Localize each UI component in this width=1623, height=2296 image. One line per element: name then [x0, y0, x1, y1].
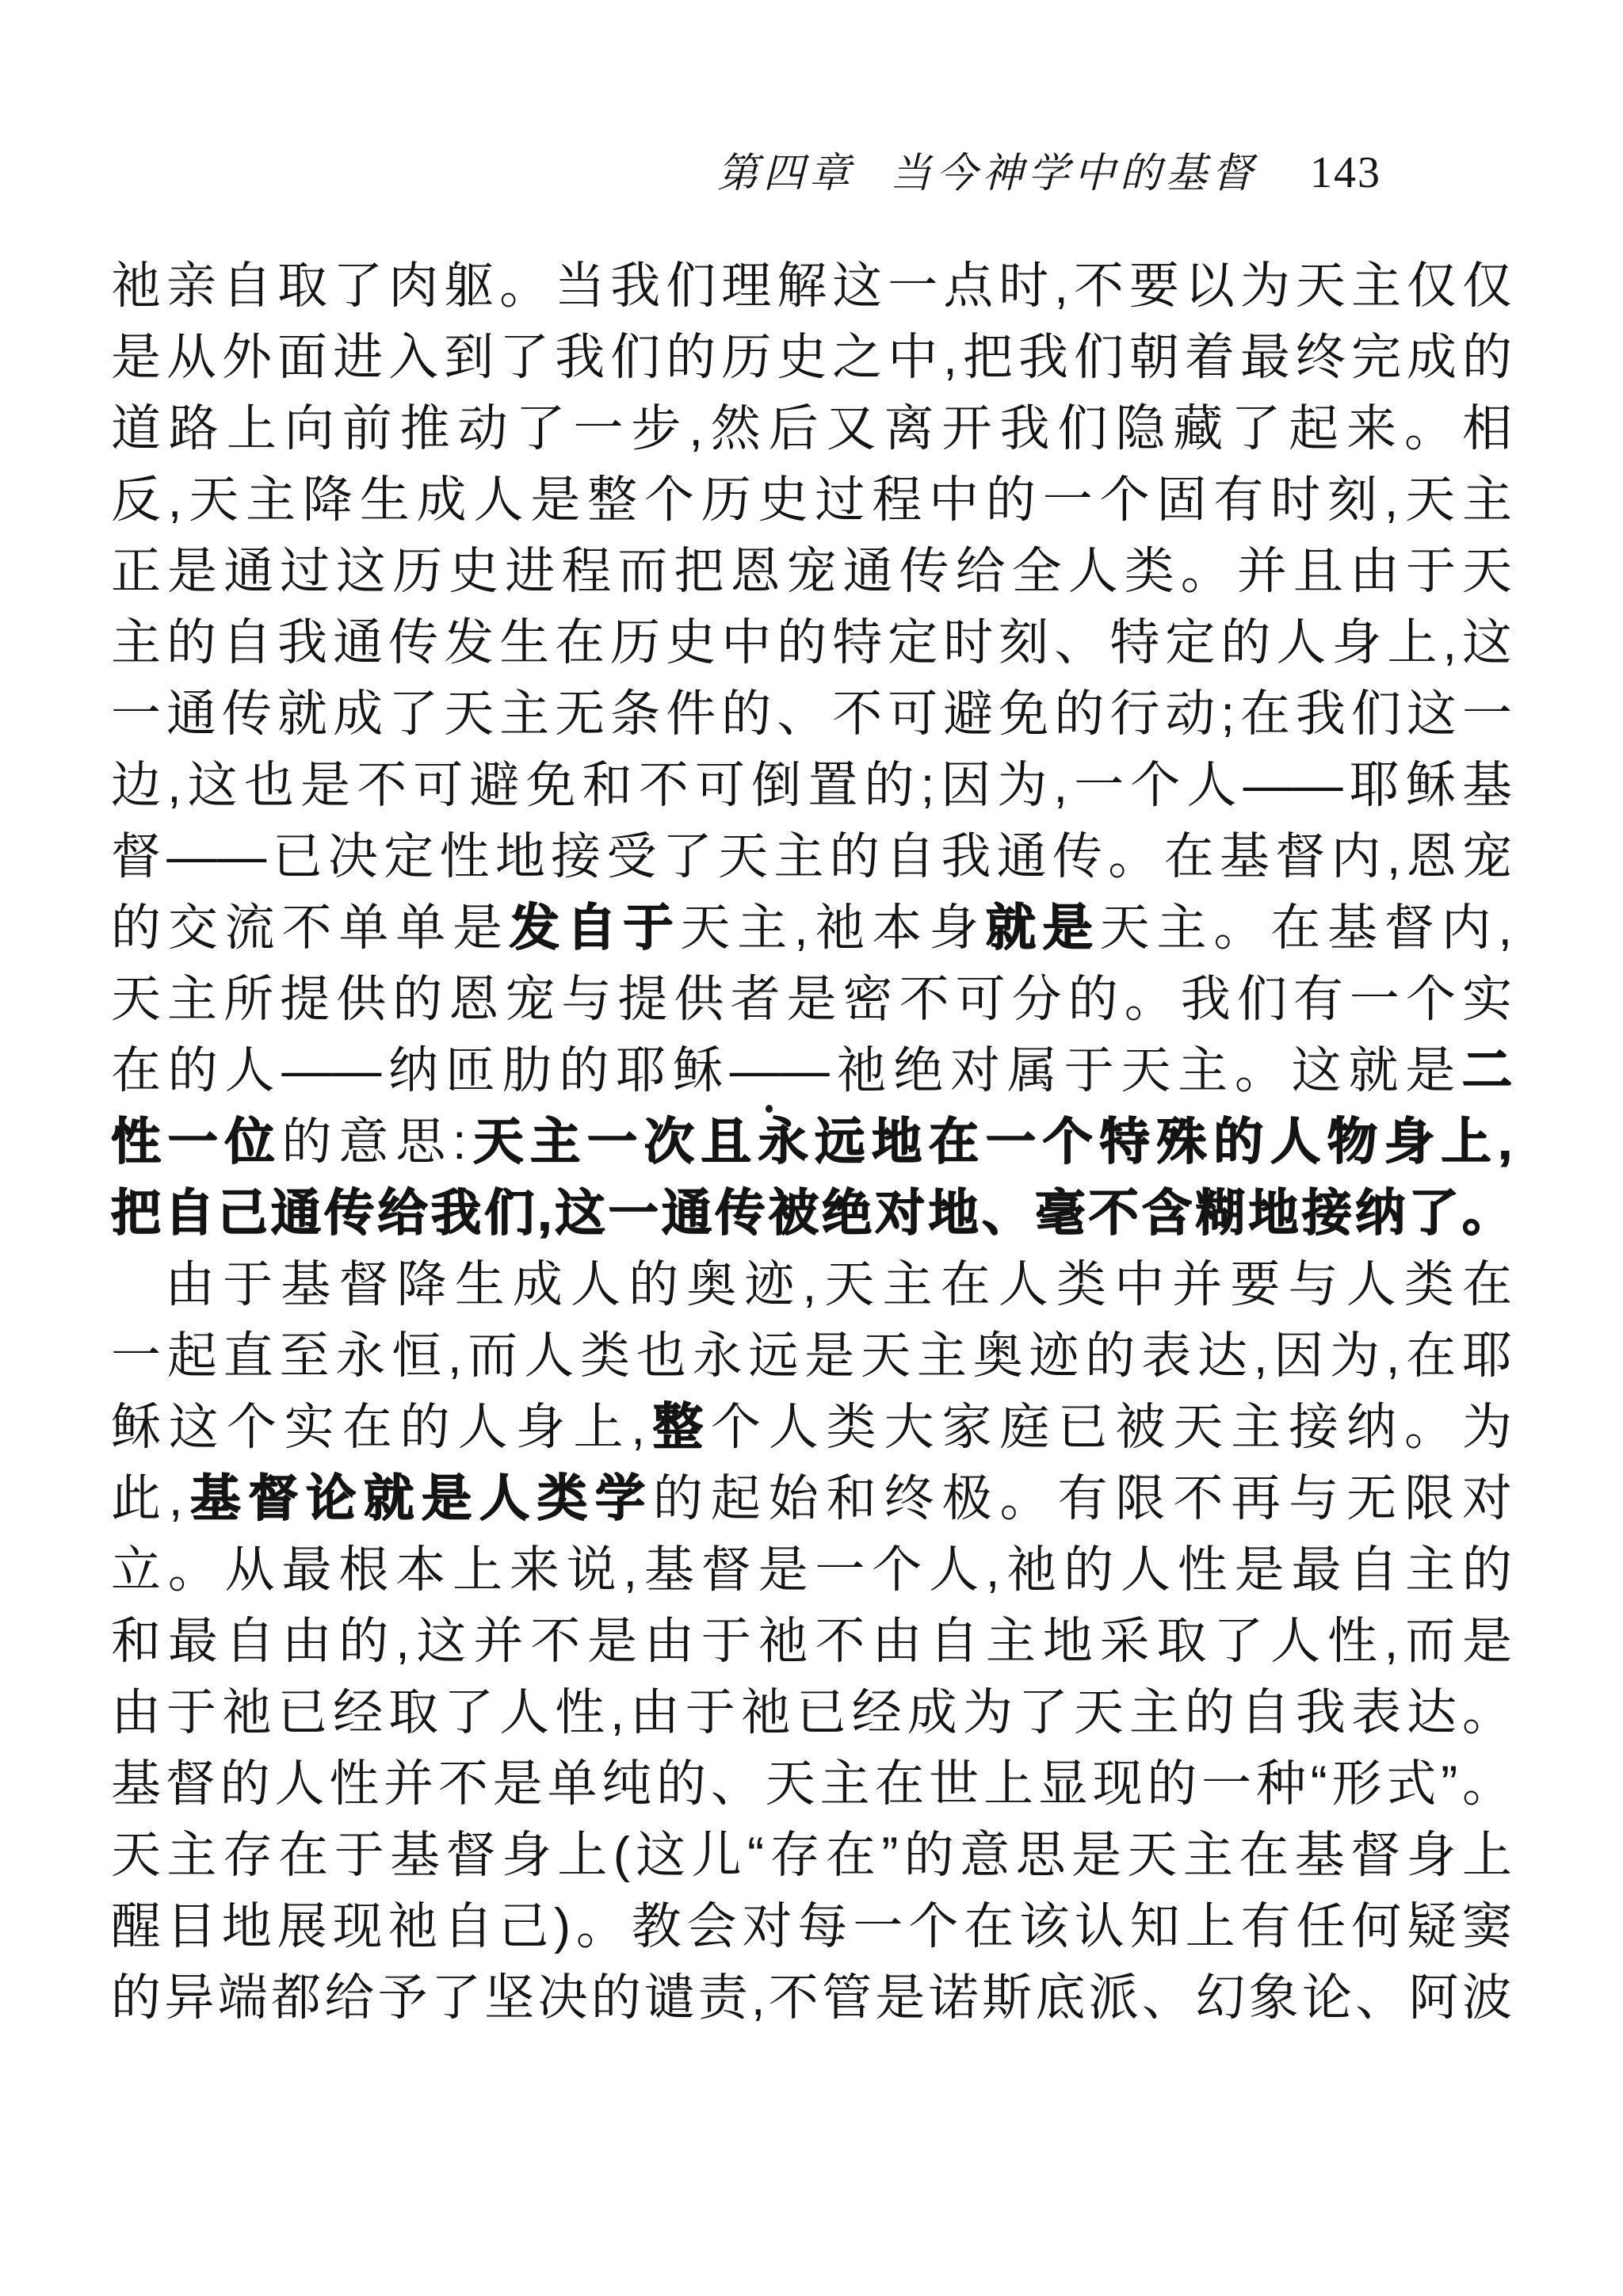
text-segment: 个人类大家庭已被天主接纳。为	[711, 1400, 1512, 1455]
text-line: 基督的人性并不是单纯的、天主在世上显现的一种“形式”。	[111, 1748, 1512, 1820]
text-segment: 道路上向前推动了一步,然后又离开我们隐藏了起来。相	[111, 401, 1512, 457]
text-line: 此,基督论就是人类学的起始和终极。有限不再与无限对	[111, 1463, 1512, 1534]
emphasized-text: 性一位	[111, 1114, 282, 1170]
text-segment: 醒目地展现祂自己)。教会对每一个在该认知上有任何疑窦	[111, 1899, 1512, 1954]
ink-speck	[766, 1105, 773, 1113]
text-segment: 由于祂已经取了人性,由于祂已经成为了天主的自我表达。	[111, 1685, 1512, 1740]
emphasized-text: 天主一次且永远地在一个特殊的人物身上,	[467, 1114, 1512, 1170]
text-segment: 稣这个实在的人身上,	[111, 1400, 645, 1455]
text-line: 稣这个实在的人身上,整个人类大家庭已被天主接纳。为	[111, 1392, 1512, 1463]
text-segment: 天主。在基督内,	[1100, 900, 1512, 956]
emphasized-text: 整	[645, 1400, 711, 1455]
text-line: 边,这也是不可避免和不可倒置的;因为,一个人——耶稣基	[111, 750, 1512, 821]
text-line: 道路上向前推动了一步,然后又离开我们隐藏了起来。相	[111, 393, 1512, 464]
text-line: 反,天主降生成人是整个历史过程中的一个固有时刻,天主	[111, 464, 1512, 536]
text-segment: 此,	[111, 1471, 182, 1526]
text-line: 天主存在于基督身上(这儿“存在”的意思是天主在基督身上	[111, 1820, 1512, 1891]
text-segment: 和最自由的,这并不是由于祂不由自主地采取了人性,而是	[111, 1614, 1512, 1669]
text-segment: 天主存在于基督身上(这儿“存在”的意思是天主在基督身上	[111, 1828, 1512, 1883]
emphasized-text: 把自己通传给我们,这一通传被绝对地、毫不含糊地接纳了。	[111, 1186, 1512, 1241]
text-line: 和最自由的,这并不是由于祂不由自主地采取了人性,而是	[111, 1606, 1512, 1677]
text-segment: 的意思:	[282, 1114, 467, 1170]
text-line: 立。从最根本上来说,基督是一个人,祂的人性是最自主的	[111, 1534, 1512, 1606]
text-segment: 天主,祂本身	[680, 900, 986, 956]
text-line: 主的自我通传发生在历史中的特定时刻、特定的人身上,这	[111, 607, 1512, 678]
chapter-label: 第四章	[717, 139, 855, 199]
text-line: 在的人——纳匝肋的耶稣——祂绝对属于天主。这就是二	[111, 1035, 1512, 1106]
text-segment: 正是通过这历史进程而把恩宠通传给全人类。并且由于天	[111, 544, 1512, 599]
emphasized-text: 发自于	[510, 900, 681, 956]
text-segment: 的起始和终极。有限不再与无限对	[653, 1471, 1512, 1526]
text-line: 一通传就成了天主无条件的、不可避免的行动;在我们这一	[111, 678, 1512, 750]
text-segment: 在的人——纳匝肋的耶稣——祂绝对属于天主。这就是	[111, 1043, 1462, 1098]
text-segment: 天主所提供的恩宠与提供者是密不可分的。我们有一个实	[111, 972, 1512, 1027]
text-line: 督——已决定性地接受了天主的自我通传。在基督内,恩宠	[111, 821, 1512, 892]
text-line: 天主所提供的恩宠与提供者是密不可分的。我们有一个实	[111, 964, 1512, 1035]
book-page: 第四章 当今神学中的基督 143 祂亲自取了肉躯。当我们理解这一点时,不要以为天…	[0, 0, 1623, 2296]
text-segment: 基督的人性并不是单纯的、天主在世上显现的一种“形式”。	[111, 1756, 1512, 1812]
emphasized-text: 基督论就是人类学	[182, 1471, 652, 1526]
running-header: 第四章 当今神学中的基督 143	[717, 139, 1381, 199]
text-line: 是从外面进入到了我们的历史之中,把我们朝着最终完成的	[111, 322, 1512, 393]
text-segment: 是从外面进入到了我们的历史之中,把我们朝着最终完成的	[111, 330, 1512, 385]
emphasized-text: 就是	[986, 900, 1100, 956]
text-line: 由于祂已经取了人性,由于祂已经成为了天主的自我表达。	[111, 1677, 1512, 1748]
header-title: 当今神学中的基督	[890, 139, 1258, 199]
text-segment: 反,天主降生成人是整个历史过程中的一个固有时刻,天主	[111, 472, 1512, 528]
text-line: 性一位的意思:天主一次且永远地在一个特殊的人物身上,	[111, 1106, 1512, 1178]
text-segment: 祂亲自取了肉躯。当我们理解这一点时,不要以为天主仅仅	[111, 258, 1512, 314]
text-segment: 督——已决定性地接受了天主的自我通传。在基督内,恩宠	[111, 829, 1512, 884]
text-segment: 的交流不单单是	[111, 900, 510, 956]
text-segment: 的异端都给予了坚决的谴责,不管是诺斯底派、幻象论、阿波	[111, 1970, 1512, 2026]
text-line: 醒目地展现祂自己)。教会对每一个在该认知上有任何疑窦	[111, 1891, 1512, 1962]
text-line: 祂亲自取了肉躯。当我们理解这一点时,不要以为天主仅仅	[111, 250, 1512, 322]
emphasized-text: 二	[1462, 1043, 1512, 1098]
text-segment: 由于基督降生成人的奥迹,天主在人类中并要与人类在	[165, 1257, 1512, 1312]
page-number: 143	[1310, 147, 1381, 198]
text-line: 的交流不单单是发自于天主,祂本身就是天主。在基督内,	[111, 892, 1512, 964]
text-line: 正是通过这历史进程而把恩宠通传给全人类。并且由于天	[111, 536, 1512, 607]
text-segment: 立。从最根本上来说,基督是一个人,祂的人性是最自主的	[111, 1542, 1512, 1598]
text-segment: 一起直至永恒,而人类也永远是天主奥迹的表达,因为,在耶	[111, 1328, 1512, 1384]
text-segment: 一通传就成了天主无条件的、不可避免的行动;在我们这一	[111, 686, 1512, 742]
text-segment: 主的自我通传发生在历史中的特定时刻、特定的人身上,这	[111, 615, 1512, 670]
text-line: 的异端都给予了坚决的谴责,不管是诺斯底派、幻象论、阿波	[111, 1962, 1512, 2034]
body-text: 祂亲自取了肉躯。当我们理解这一点时,不要以为天主仅仅是从外面进入到了我们的历史之…	[111, 250, 1512, 2034]
text-line: 由于基督降生成人的奥迹,天主在人类中并要与人类在	[111, 1249, 1512, 1320]
text-line: 把自己通传给我们,这一通传被绝对地、毫不含糊地接纳了。	[111, 1178, 1512, 1249]
text-segment: 边,这也是不可避免和不可倒置的;因为,一个人——耶稣基	[111, 758, 1512, 813]
text-line: 一起直至永恒,而人类也永远是天主奥迹的表达,因为,在耶	[111, 1320, 1512, 1392]
